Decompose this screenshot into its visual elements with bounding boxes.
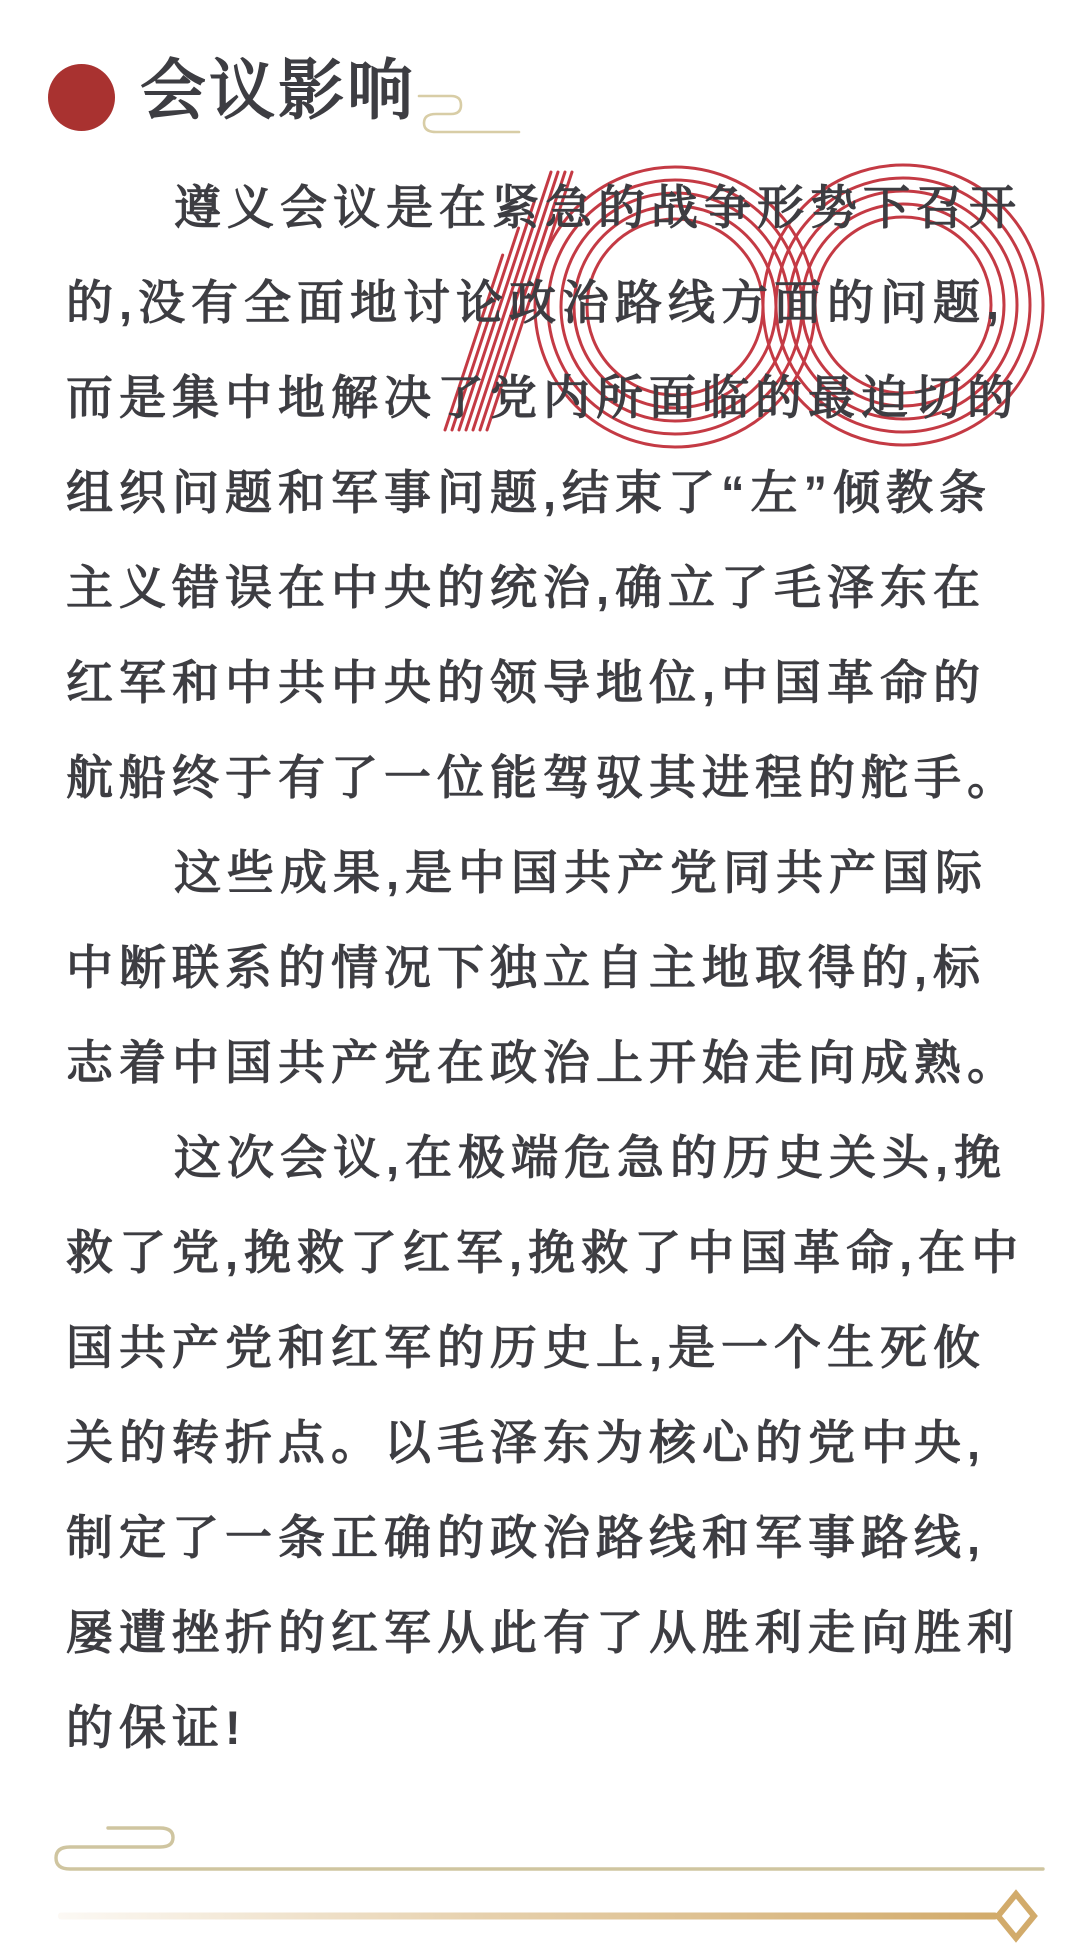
text-line: 关的转折点。以毛泽东为核心的党中央, <box>66 1395 1032 1490</box>
text-line: 而是集中地解决了党内所面临的最迫切的 <box>66 350 1032 445</box>
text-line: 这些成果,是中国共产党同共产国际 <box>66 825 1032 920</box>
text-line: 救了党,挽救了红军,挽救了中国革命,在中 <box>66 1205 1032 1300</box>
text-line: 航船终于有了一位能驾驭其进程的舵手。 <box>66 730 1032 825</box>
text-line: 红军和中共中央的领导地位,中国革命的 <box>66 635 1032 730</box>
text-line: 组织问题和军事问题,结束了“左”倾教条 <box>66 445 1032 540</box>
text-line: 屡遭挫折的红军从此有了从胜利走向胜利 <box>66 1585 1032 1680</box>
cloud-scroll-icon <box>56 1828 1043 1869</box>
text-line: 主义错误在中央的统治,确立了毛泽东在 <box>66 540 1032 635</box>
article-body: 遵义会议是在紧急的战争形势下召开 的,没有全面地讨论政治路线方面的问题, 而是集… <box>66 160 1032 1775</box>
diamond-icon <box>998 1894 1034 1938</box>
text-line: 制定了一条正确的政治路线和军事路线, <box>66 1490 1032 1585</box>
bullet-dot <box>48 64 115 131</box>
text-line: 国共产党和红军的历史上,是一个生死攸 <box>66 1300 1032 1395</box>
text-line: 的保证! <box>66 1680 1032 1775</box>
page-title: 会议影响 <box>140 44 416 136</box>
text-line: 这次会议,在极端危急的历史关头,挽 <box>66 1110 1032 1205</box>
text-line: 中断联系的情况下独立自主地取得的,标 <box>66 920 1032 1015</box>
cloud-scroll-icon <box>408 88 528 140</box>
article-page: 会议影响 遵义会议是在紧急的战争形势下召开 的,没有全面地讨论政治路线方面的问题… <box>0 0 1080 1960</box>
footer-ornaments <box>0 1816 1080 1956</box>
text-line: 遵义会议是在紧急的战争形势下召开 <box>66 160 1032 255</box>
text-line: 志着中国共产党在政治上开始走向成熟。 <box>66 1015 1032 1110</box>
text-line: 的,没有全面地讨论政治路线方面的问题, <box>66 255 1032 350</box>
divider-line <box>58 1913 998 1920</box>
